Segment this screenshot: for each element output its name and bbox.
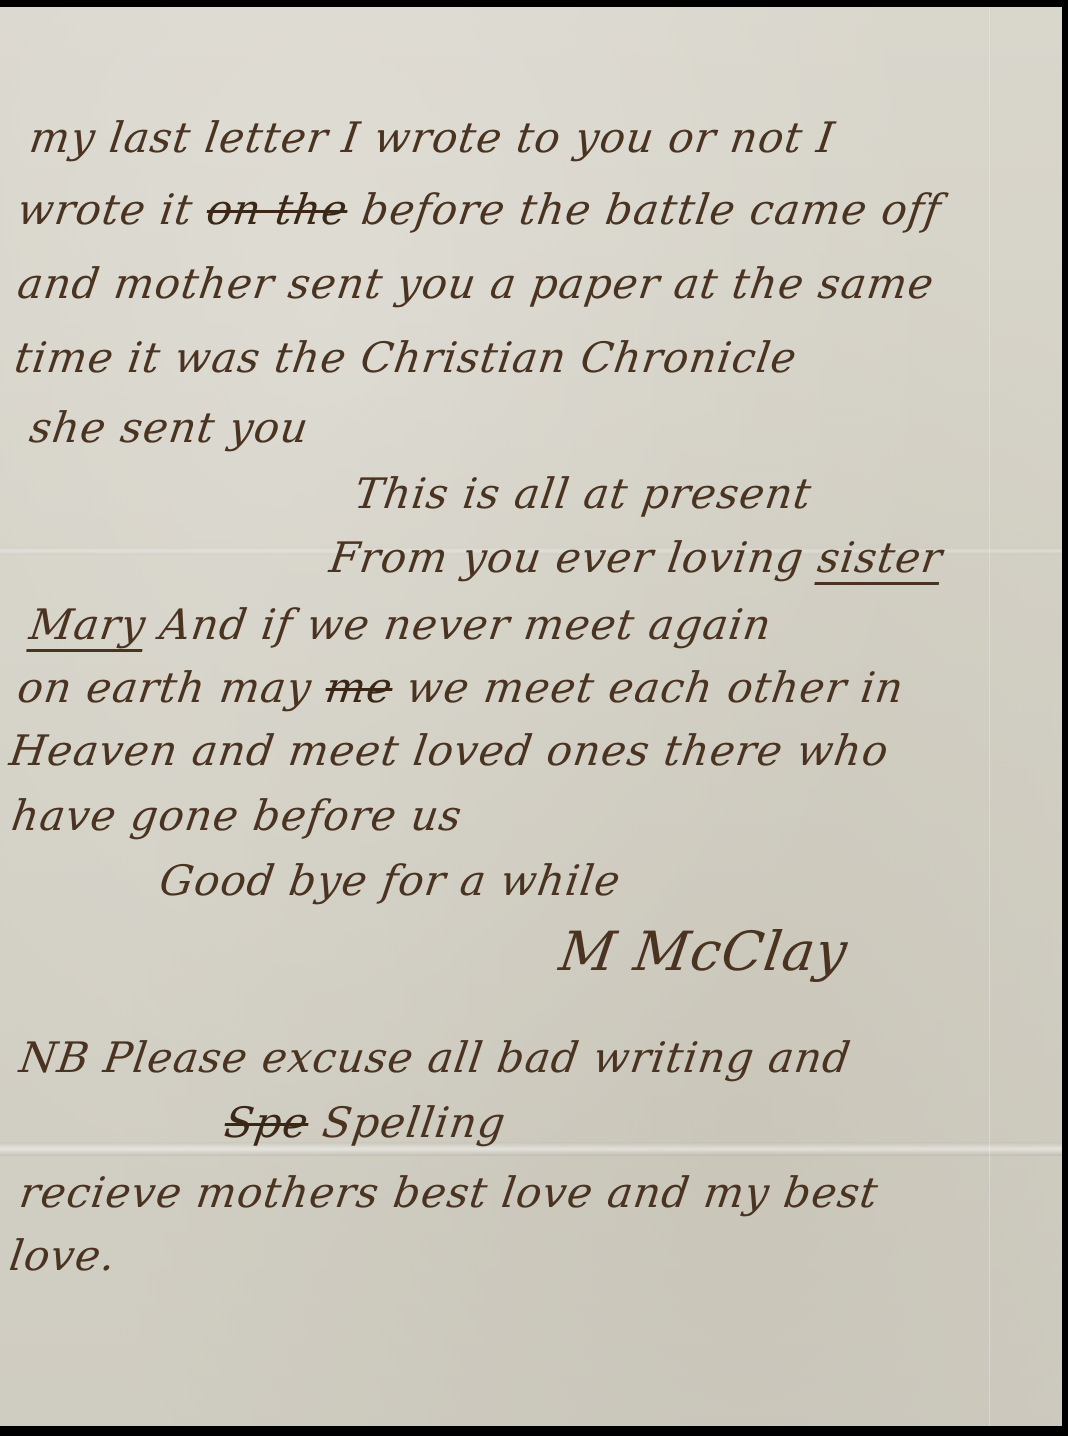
- postscript-line-3: recieve mothers best love and my best: [17, 1172, 881, 1214]
- letter-line-9: on earth may me we meet each other in: [15, 667, 907, 709]
- struck-through-text: Spe: [222, 1098, 312, 1147]
- letter-line-3: and mother sent you a paper at the same: [15, 263, 937, 305]
- horizontal-fold-crease-lower: [0, 1142, 1062, 1156]
- underlined-text: sister: [815, 533, 946, 582]
- letter-line-5: she sent you: [27, 407, 311, 449]
- letter-line-closing-2: From you ever loving sister: [327, 537, 945, 579]
- letter-line-11: have gone before us: [9, 795, 465, 837]
- letter-line-closing-1: This is all at present: [352, 473, 814, 515]
- postscript-line-4: love.: [7, 1235, 119, 1277]
- letter-line-1: my last letter I wrote to you or not I: [27, 117, 838, 159]
- letter-line-10: Heaven and meet loved ones there who: [7, 730, 891, 772]
- letter-line-goodbye: Good bye for a while: [157, 860, 623, 902]
- struck-through-text: me: [323, 663, 397, 712]
- letter-paper: my last letter I wrote to you or not I w…: [0, 7, 1062, 1426]
- struck-through-text: on the: [204, 185, 351, 234]
- postscript-line-2: Spe Spelling: [222, 1102, 509, 1144]
- underlined-name: Mary: [27, 600, 150, 649]
- postscript-line-1: NB Please excuse all bad writing and: [17, 1037, 854, 1079]
- vertical-fold-crease: [988, 7, 991, 1426]
- letter-line-8: Mary And if we never meet again: [27, 604, 774, 646]
- signature: M McClay: [556, 925, 851, 979]
- letter-line-2: wrote it on the before the battle came o…: [15, 189, 944, 231]
- letter-line-4: time it was the Christian Chronicle: [12, 337, 800, 379]
